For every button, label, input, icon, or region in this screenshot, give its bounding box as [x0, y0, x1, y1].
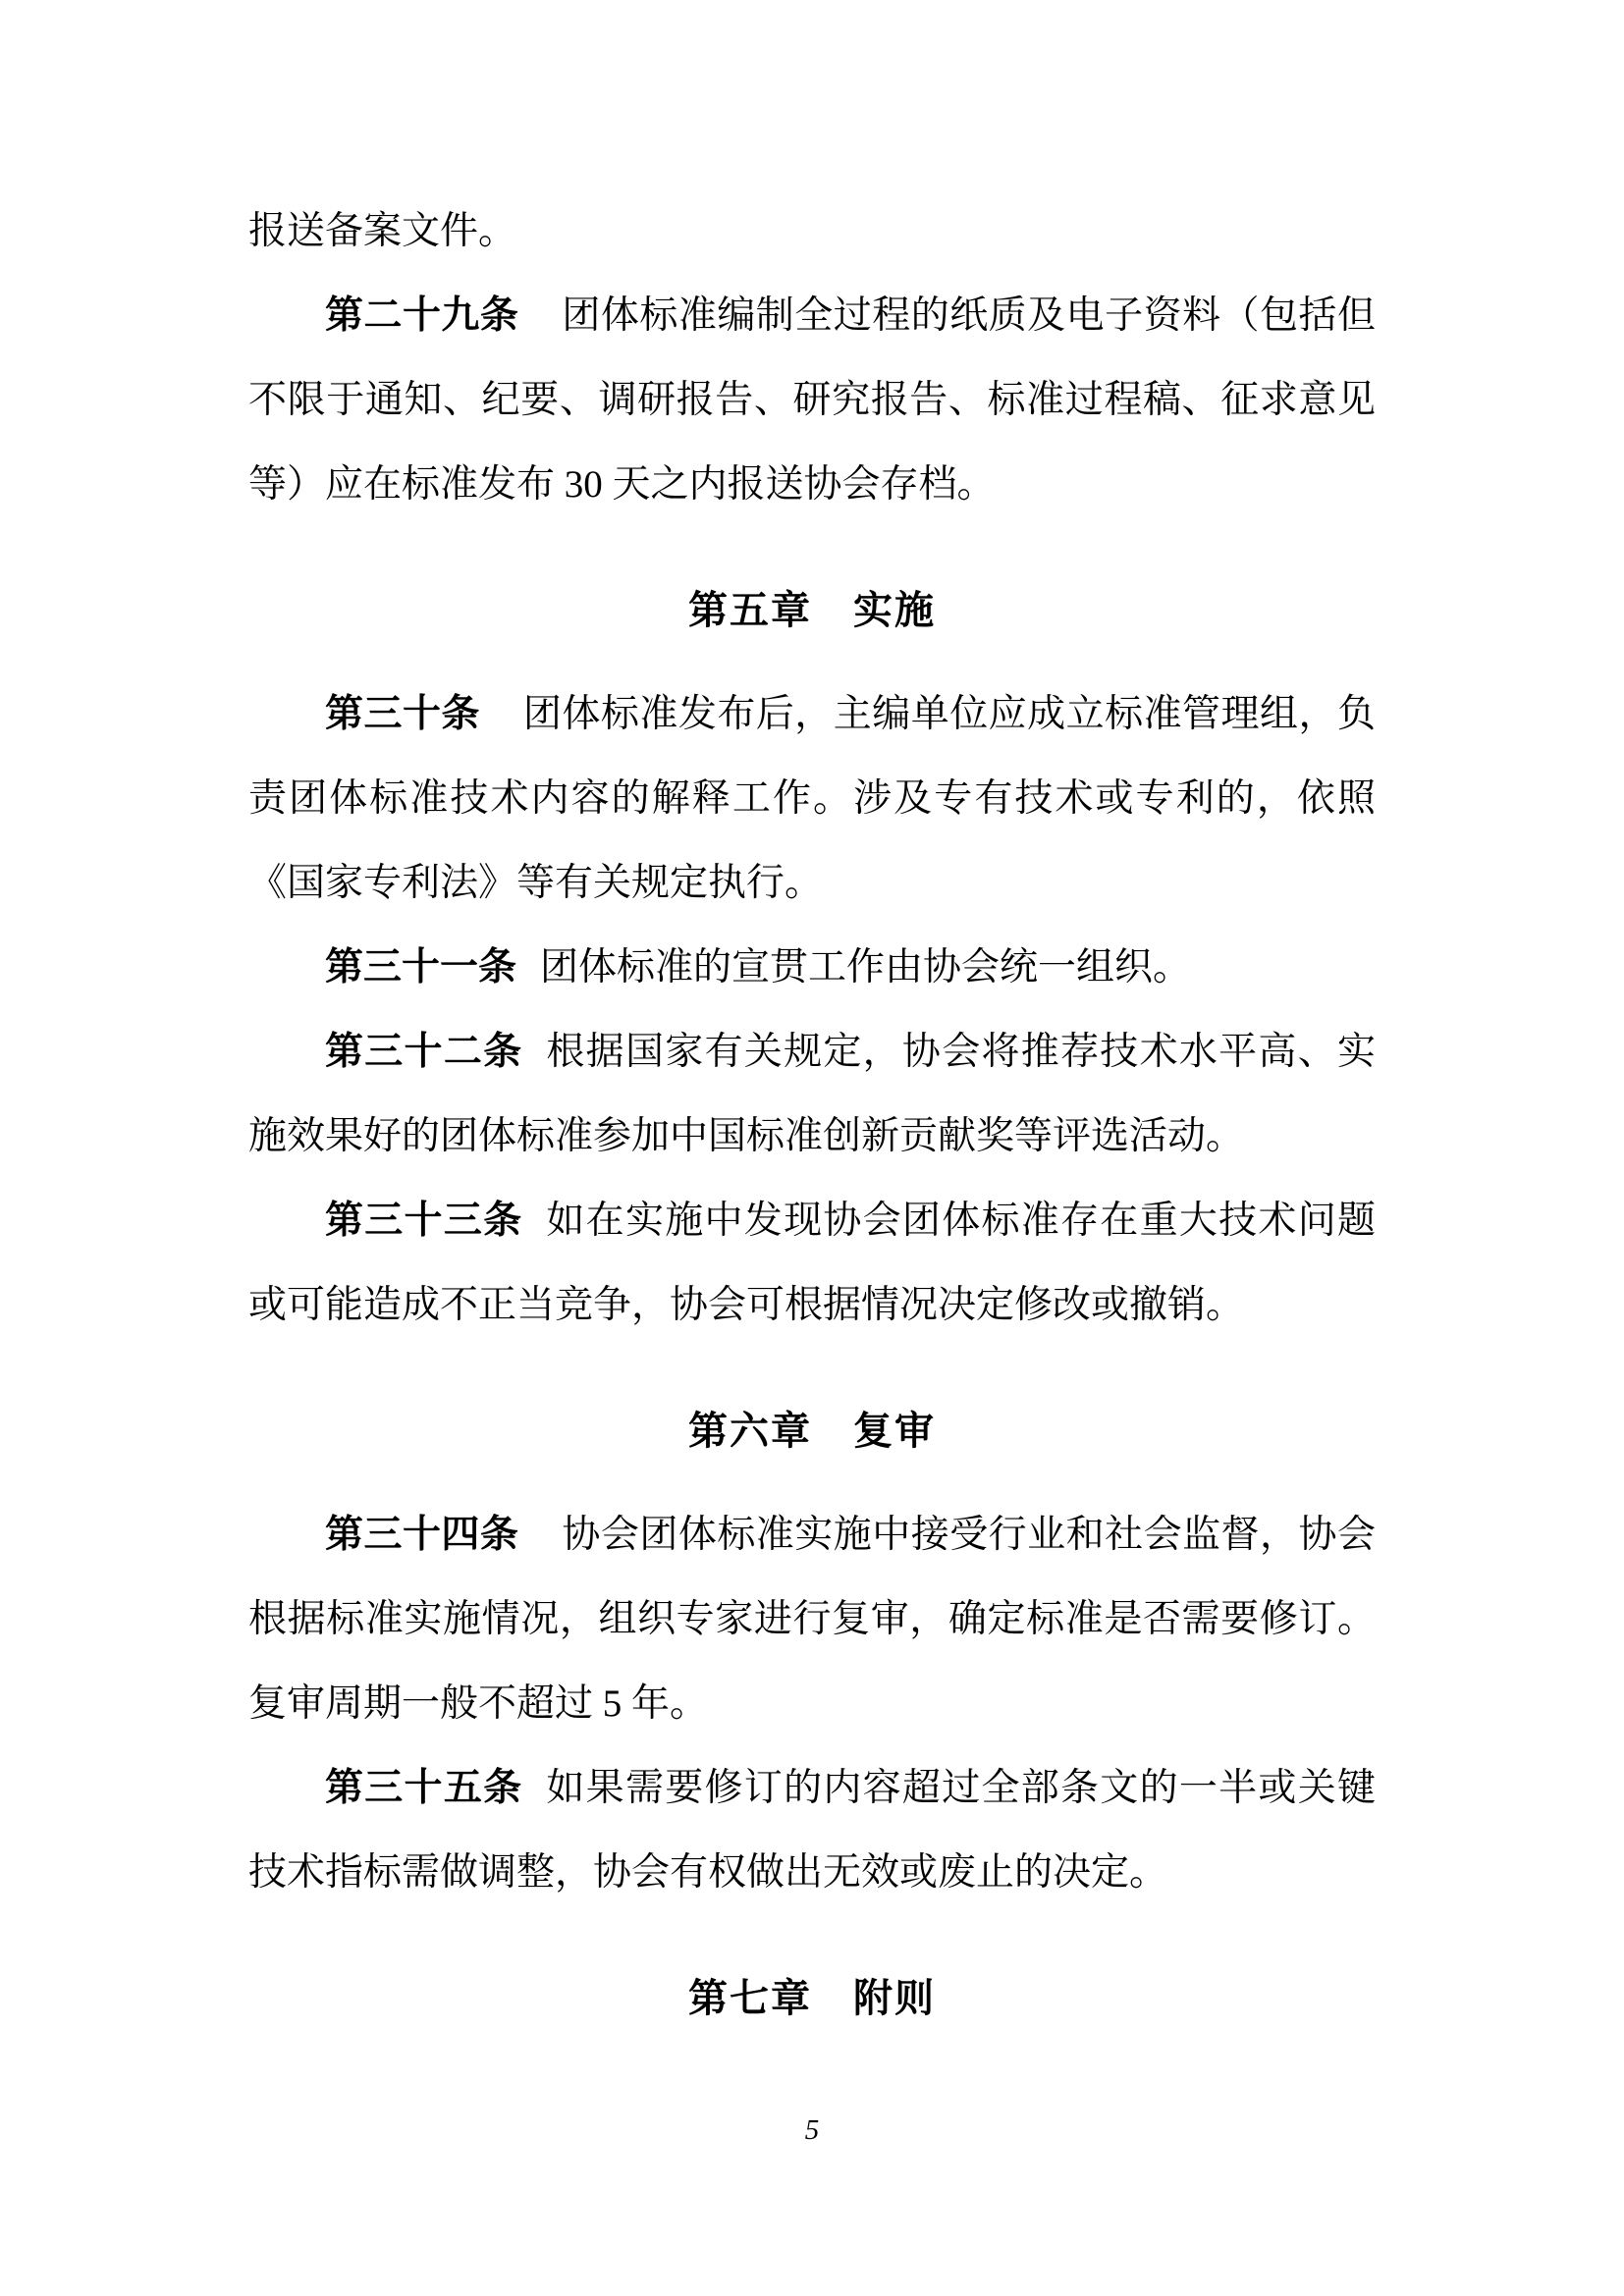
chapter-heading: 第五章 实施: [248, 568, 1376, 653]
article-number: 第三十四条: [325, 1514, 562, 1556]
article-number: 第三十五条: [325, 1767, 546, 1809]
paragraph-text: 团体标准的宣贯工作由协会统一组织。: [540, 946, 1191, 988]
article-paragraph: 第三十四条协会团体标准实施中接受行业和社会监督，协会根据标准实施情况，组织专家进…: [248, 1493, 1376, 1746]
article-number: 第三十三条: [325, 1200, 546, 1242]
article-number: 第三十一条: [325, 946, 540, 988]
article-number: 第二十九条: [325, 294, 562, 337]
article-paragraph: 第三十条团体标准发布后，主编单位应成立标准管理组，负责团体标准技术内容的解释工作…: [248, 672, 1376, 926]
chapter-heading: 第七章 附则: [248, 1956, 1376, 2041]
chapter-heading: 第六章 复审: [248, 1389, 1376, 1473]
article-number: 第三十条: [325, 693, 523, 735]
article-number: 第三十二条: [325, 1031, 546, 1073]
paragraph-text: 报送备案文件。: [248, 210, 516, 252]
article-paragraph: 第三十五条如果需要修订的内容超过全部条文的一半或关键技术指标需做调整，协会有权做…: [248, 1746, 1376, 1915]
document-page: 报送备案文件。第二十九条团体标准编制全过程的纸质及电子资料（包括但不限于通知、纪…: [0, 0, 1624, 2296]
article-paragraph: 第三十二条根据国家有关规定，协会将推荐技术水平高、实施效果好的团体标准参加中国标…: [248, 1010, 1376, 1179]
article-paragraph: 第三十三条如在实施中发现协会团体标准存在重大技术问题或可能造成不正当竞争，协会可…: [248, 1179, 1376, 1348]
continuation-paragraph: 报送备案文件。: [248, 189, 1376, 274]
article-paragraph: 第二十九条团体标准编制全过程的纸质及电子资料（包括但不限于通知、纪要、调研报告、…: [248, 274, 1376, 527]
document-body: 报送备案文件。第二十九条团体标准编制全过程的纸质及电子资料（包括但不限于通知、纪…: [248, 189, 1376, 2060]
page-number: 5: [0, 2110, 1624, 2150]
article-paragraph: 第三十一条团体标准的宣贯工作由协会统一组织。: [248, 926, 1376, 1010]
